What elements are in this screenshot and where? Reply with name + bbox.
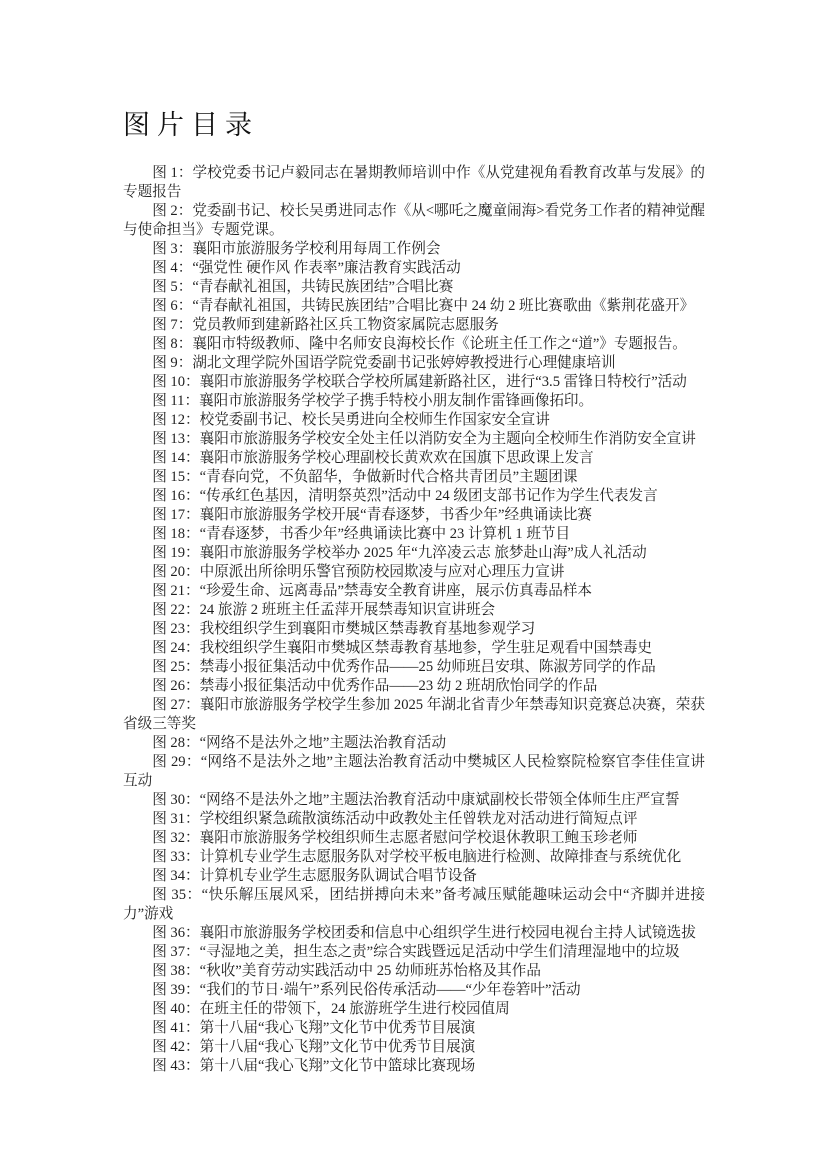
toc-entry: 图 22：24 旅游 2 班班主任孟萍开展禁毒知识宣讲班会 — [123, 601, 705, 620]
toc-entry: 图 33：计算机专业学生志愿服务队对学校平板电脑进行检测、故障排查与系统优化 — [123, 848, 705, 867]
toc-entry: 图 39：“我们的节日·端午”系列民俗传承活动——“少年卷箬叶”活动 — [123, 981, 705, 1000]
page-title: 图片目录 — [123, 110, 705, 142]
toc-entry: 图 9：湖北文理学院外国语学院党委副书记张婷婷教授进行心理健康培训 — [123, 354, 705, 373]
toc-entry: 图 21：“珍爱生命、远离毒品”禁毒安全教育讲座，展示仿真毒品样本 — [123, 582, 705, 601]
toc-entry: 图 4：“强党性 硬作风 作表率”廉洁教育实践活动 — [123, 259, 705, 278]
figure-toc-list: 图 1：学校党委书记卢毅同志在暑期教师培训中作《从党建视角看教育改革与发展》的专… — [123, 164, 705, 1076]
toc-entry: 图 14：襄阳市旅游服务学校心理副校长黄欢欢在国旗下思政课上发言 — [123, 449, 705, 468]
document-page: 图片目录 图 1：学校党委书记卢毅同志在暑期教师培训中作《从党建视角看教育改革与… — [0, 0, 827, 1169]
toc-entry: 图 42：第十八届“我心飞翔”文化节中优秀节目展演 — [123, 1038, 705, 1057]
toc-entry: 图 30：“网络不是法外之地”主题法治教育活动中康斌副校长带领全体师生庄严宣誓 — [123, 791, 705, 810]
toc-entry: 图 32：襄阳市旅游服务学校组织师生志愿者慰问学校退休教职工鲍玉珍老师 — [123, 829, 705, 848]
toc-entry: 图 19：襄阳市旅游服务学校举办 2025 年“九淬凌云志 旅梦赴山海”成人礼活… — [123, 544, 705, 563]
toc-entry: 图 15：“青春向党，不负韶华，争做新时代合格共青团员”主题团课 — [123, 468, 705, 487]
toc-entry: 图 12：校党委副书记、校长吴勇进向全校师生作国家安全宣讲 — [123, 411, 705, 430]
toc-entry: 图 8：襄阳市特级教师、隆中名师安良海校长作《论班主任工作之“道”》专题报告。 — [123, 335, 705, 354]
toc-entry: 图 6：“青春献礼祖国，共铸民族团结”合唱比赛中 24 幼 2 班比赛歌曲《紫荆… — [123, 297, 705, 316]
toc-entry: 图 29：“网络不是法外之地”主题法治教育活动中樊城区人民检察院检察官李佳佳宣讲… — [123, 753, 705, 791]
toc-entry: 图 35：“快乐解压展风采，团结拼搏向未来”备考减压赋能趣味运动会中“齐脚并进接… — [123, 886, 705, 924]
toc-entry: 图 37：“寻湿地之美，担生态之责”综合实践暨远足活动中学生们清理湿地中的垃圾 — [123, 943, 705, 962]
toc-entry: 图 7：党员教师到建新路社区兵工物资家属院志愿服务 — [123, 316, 705, 335]
toc-entry: 图 23：我校组织学生到襄阳市樊城区禁毒教育基地参观学习 — [123, 620, 705, 639]
toc-entry: 图 18：“青春逐梦，书香少年”经典诵读比赛中 23 计算机 1 班节目 — [123, 525, 705, 544]
toc-entry: 图 25：禁毒小报征集活动中优秀作品——25 幼师班吕安琪、陈淑芳同学的作品 — [123, 658, 705, 677]
toc-entry: 图 26：禁毒小报征集活动中优秀作品——23 幼 2 班胡欣怡同学的作品 — [123, 677, 705, 696]
toc-entry: 图 43：第十八届“我心飞翔”文化节中篮球比赛现场 — [123, 1057, 705, 1076]
toc-entry: 图 24：我校组织学生襄阳市樊城区禁毒教育基地参，学生驻足观看中国禁毒史 — [123, 639, 705, 658]
toc-entry: 图 13：襄阳市旅游服务学校安全处主任以消防安全为主题向全校师生作消防安全宣讲 — [123, 430, 705, 449]
toc-entry: 图 16：“传承红色基因，清明祭英烈”活动中 24 级团支部书记作为学生代表发言 — [123, 487, 705, 506]
toc-entry: 图 41：第十八届“我心飞翔”文化节中优秀节目展演 — [123, 1019, 705, 1038]
toc-entry: 图 27：襄阳市旅游服务学校学生参加 2025 年湖北省青少年禁毒知识竞赛总决赛… — [123, 696, 705, 734]
toc-entry: 图 34：计算机专业学生志愿服务队调试合唱节设备 — [123, 867, 705, 886]
toc-entry: 图 31：学校组织紧急疏散演练活动中政教处主任曾轶龙对活动进行简短点评 — [123, 810, 705, 829]
toc-entry: 图 36：襄阳市旅游服务学校团委和信息中心组织学生进行校园电视台主持人试镜选拔 — [123, 924, 705, 943]
toc-entry: 图 17：襄阳市旅游服务学校开展“青春逐梦，书香少年”经典诵读比赛 — [123, 506, 705, 525]
toc-entry: 图 5：“青春献礼祖国，共铸民族团结”合唱比赛 — [123, 278, 705, 297]
toc-entry: 图 11：襄阳市旅游服务学校学子携手特校小朋友制作雷锋画像拓印。 — [123, 392, 705, 411]
toc-entry: 图 10：襄阳市旅游服务学校联合学校所属建新路社区，进行“3.5 雷锋日特校行”… — [123, 373, 705, 392]
toc-entry: 图 2：党委副书记、校长吴勇进同志作《从<哪吒之魔童闹海>看党务工作者的精神觉醒… — [123, 202, 705, 240]
toc-entry: 图 20：中原派出所徐明乐警官预防校园欺凌与应对心理压力宣讲 — [123, 563, 705, 582]
toc-entry: 图 28：“网络不是法外之地”主题法治教育活动 — [123, 734, 705, 753]
toc-entry: 图 38：“秋收”美育劳动实践活动中 25 幼师班苏怡格及其作品 — [123, 962, 705, 981]
toc-entry: 图 3：襄阳市旅游服务学校利用每周工作例会 — [123, 240, 705, 259]
toc-entry: 图 40：在班主任的带领下，24 旅游班学生进行校园值周 — [123, 1000, 705, 1019]
toc-entry: 图 1：学校党委书记卢毅同志在暑期教师培训中作《从党建视角看教育改革与发展》的专… — [123, 164, 705, 202]
